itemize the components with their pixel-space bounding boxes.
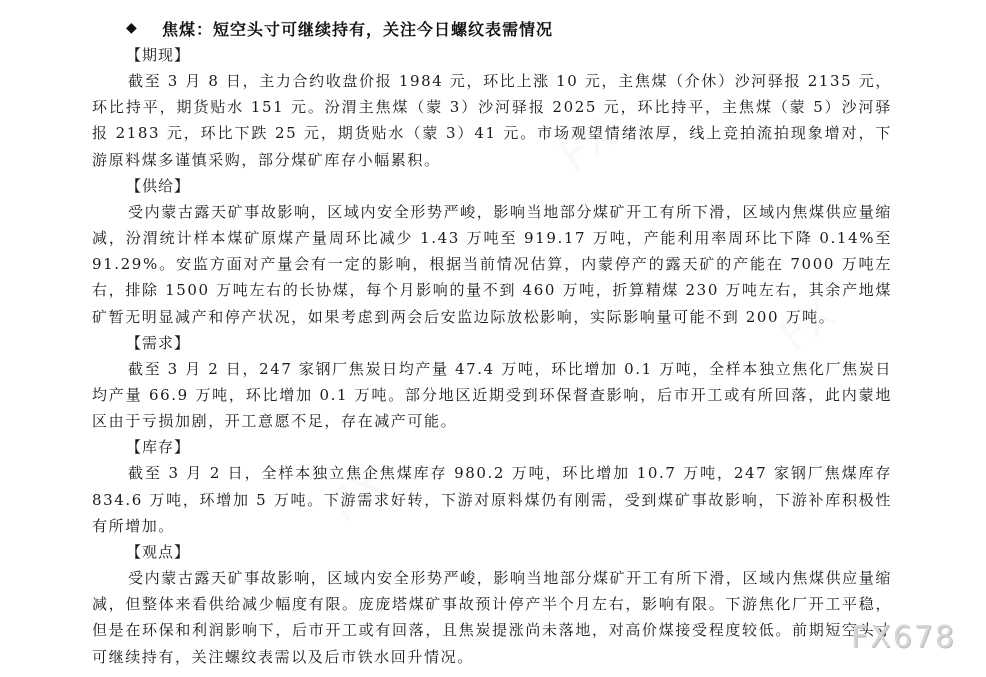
section-supply: 【供给】 受内蒙古露天矿事故影响，区域内安全形势严峻，影响当地部分煤矿开工有所下… bbox=[92, 173, 892, 330]
section-body: 受内蒙古露天矿事故影响，区域内安全形势严峻，影响当地部分煤矿开工有所下滑，区域内… bbox=[92, 565, 892, 670]
section-heading: 【库存】 bbox=[126, 434, 892, 460]
section-heading: 【供给】 bbox=[126, 173, 892, 199]
diamond-bullet-icon: ◆ bbox=[126, 20, 162, 36]
section-body: 截至 3 月 2 日，247 家钢厂焦炭日均产量 47.4 万吨，环比增加 0.… bbox=[92, 356, 892, 435]
document-page: ◆ 焦煤：短空头寸可继续持有，关注今日螺纹表需情况 【期现】 截至 3 月 8 … bbox=[92, 14, 892, 670]
section-heading: 【需求】 bbox=[126, 330, 892, 356]
title-text: 焦煤：短空头寸可继续持有，关注今日螺纹表需情况 bbox=[162, 17, 553, 40]
section-body: 受内蒙古露天矿事故影响，区域内安全形势严峻，影响当地部分煤矿开工有所下滑，区域内… bbox=[92, 199, 892, 330]
fx678-watermark-logo: FX678 bbox=[851, 620, 956, 655]
section-inventory: 【库存】 截至 3 月 2 日，全样本独立焦企焦煤库存 980.2 万吨，环比增… bbox=[92, 434, 892, 539]
section-heading: 【期现】 bbox=[126, 42, 892, 68]
section-spot-futures: 【期现】 截至 3 月 8 日，主力合约收盘价报 1984 元，环比上涨 10 … bbox=[92, 42, 892, 173]
section-title: ◆ 焦煤：短空头寸可继续持有，关注今日螺纹表需情况 bbox=[126, 14, 892, 42]
section-body: 截至 3 月 2 日，全样本独立焦企焦煤库存 980.2 万吨，环比增加 10.… bbox=[92, 460, 892, 539]
section-demand: 【需求】 截至 3 月 2 日，247 家钢厂焦炭日均产量 47.4 万吨，环比… bbox=[92, 330, 892, 435]
section-outlook: 【观点】 受内蒙古露天矿事故影响，区域内安全形势严峻，影响当地部分煤矿开工有所下… bbox=[92, 539, 892, 670]
section-heading: 【观点】 bbox=[126, 539, 892, 565]
section-body: 截至 3 月 8 日，主力合约收盘价报 1984 元，环比上涨 10 元，主焦煤… bbox=[92, 68, 892, 173]
